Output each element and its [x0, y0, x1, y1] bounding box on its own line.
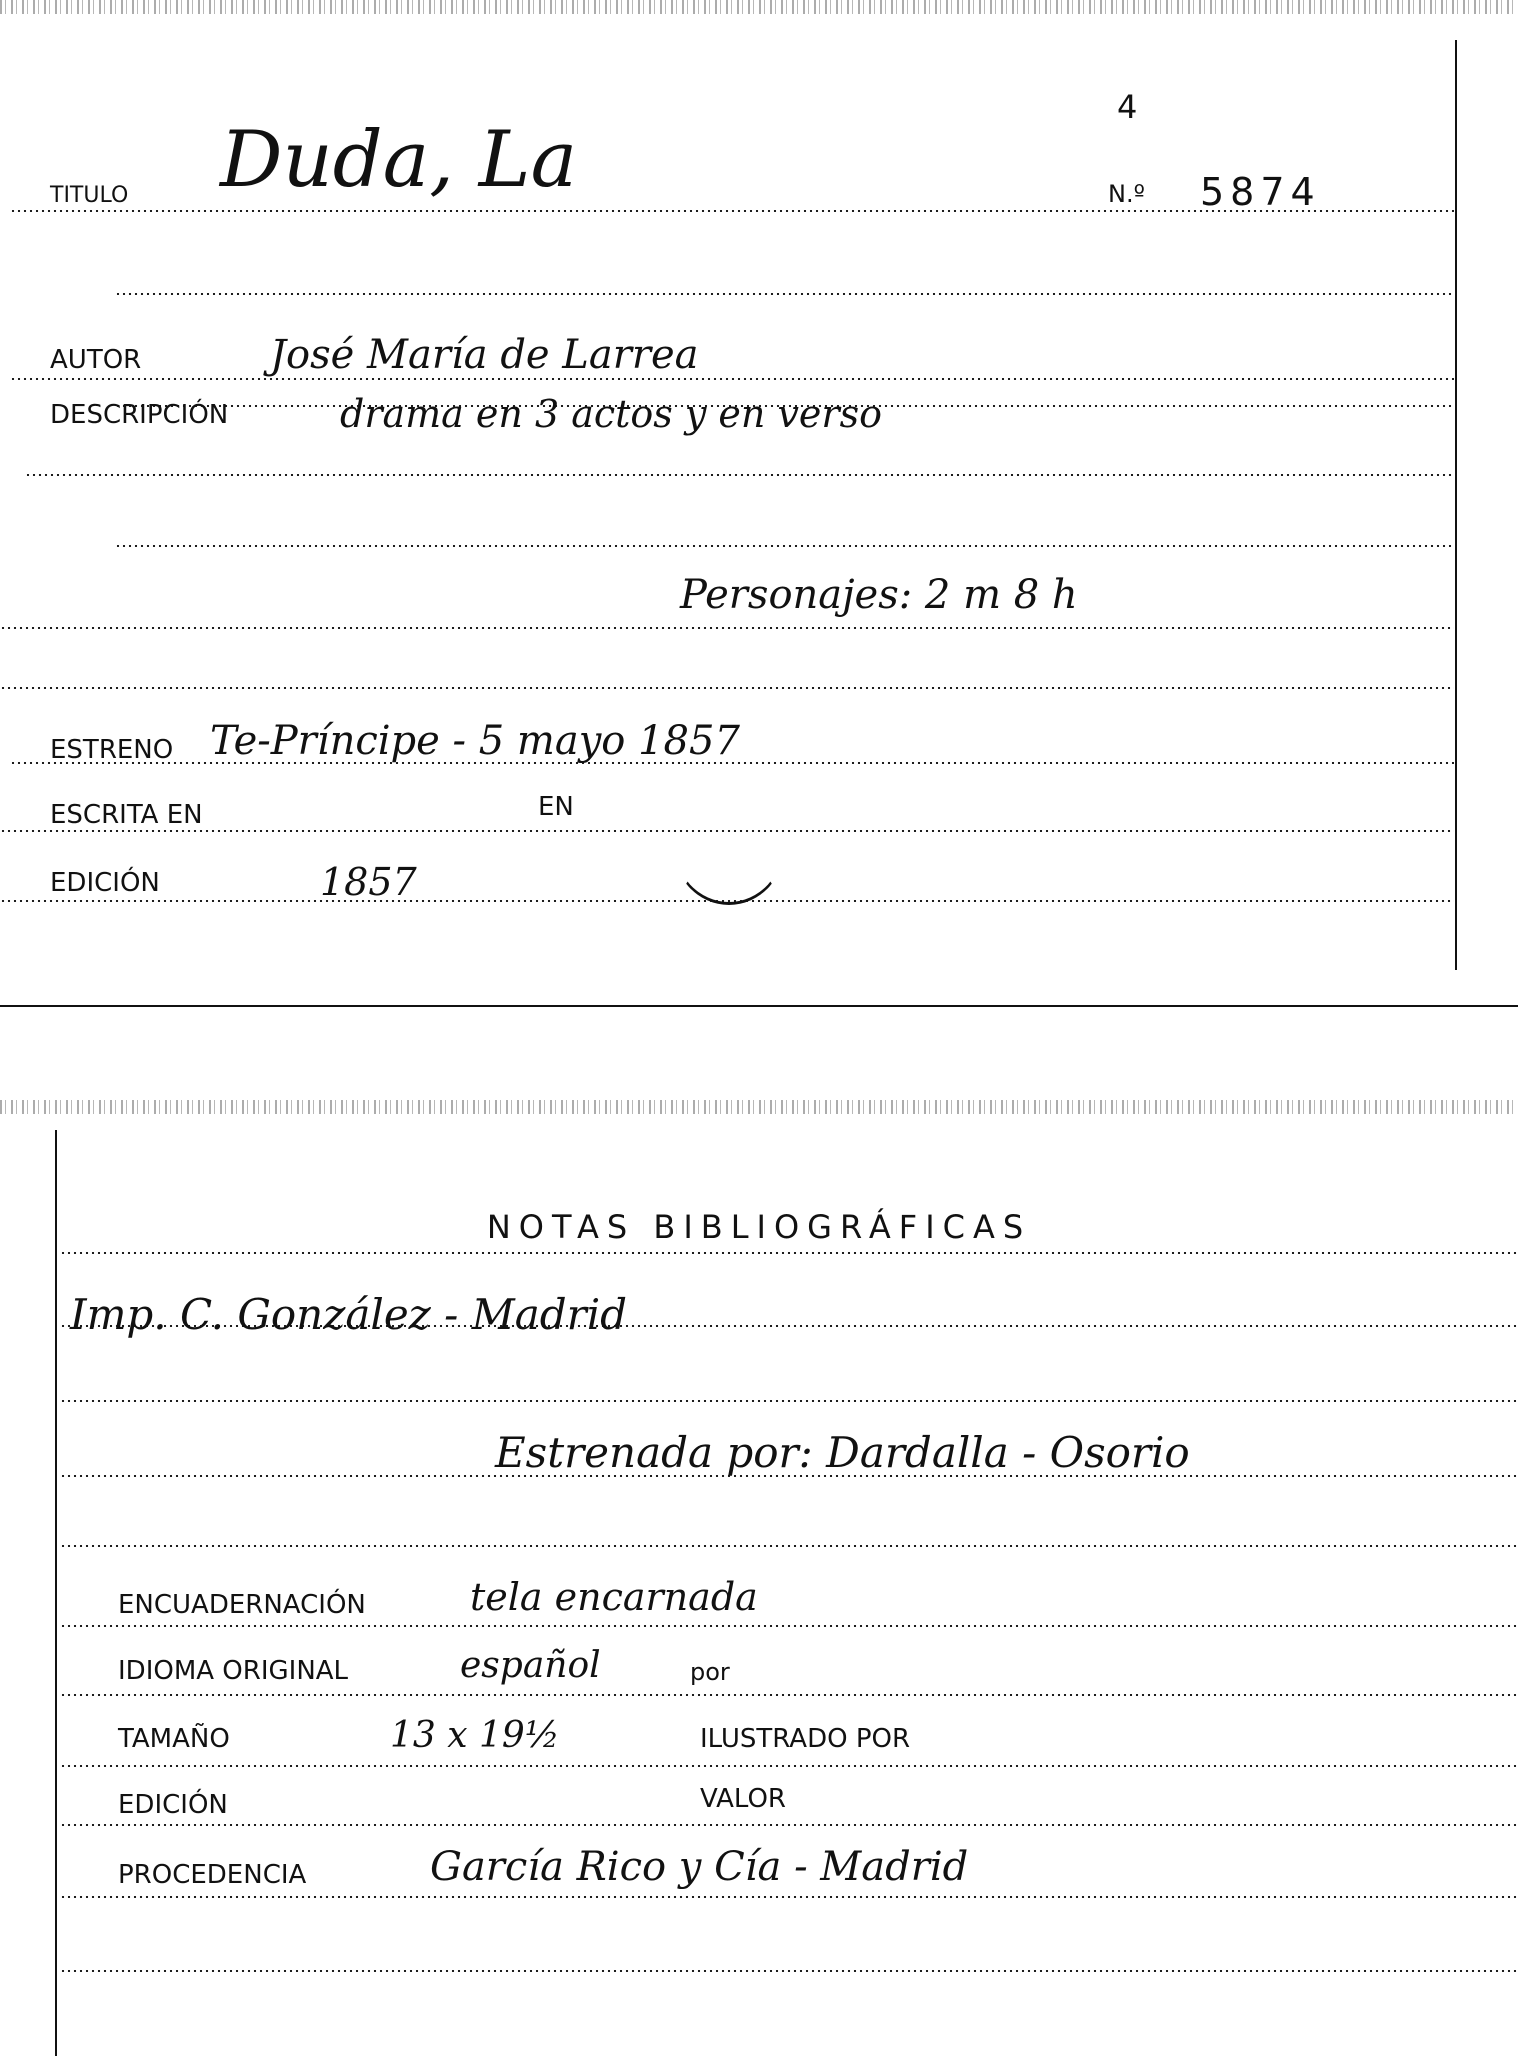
tamano-value: 13 x 19½ — [390, 1715, 560, 1756]
notes-line — [60, 1400, 1518, 1402]
scan-noise-top — [0, 1100, 1518, 1114]
autor-value: José María de Larrea — [270, 332, 698, 378]
estreno-line — [10, 762, 1454, 764]
titulo-value: Duda, La — [220, 115, 577, 205]
catalog-card-main: TITULO Duda, La 4 N.º 5874 AUTOR José Ma… — [0, 0, 1518, 1010]
en-label: EN — [538, 792, 574, 822]
por-label: por — [690, 1658, 730, 1686]
scan-noise-top — [0, 0, 1518, 14]
notes-line — [60, 1475, 1518, 1477]
personajes-value: Personajes: 2 m 8 h — [680, 572, 1078, 618]
idioma-line — [60, 1694, 1518, 1696]
descripcion-value: drama en 3 actos y en verso — [340, 392, 882, 436]
autor-label: AUTOR — [50, 345, 141, 375]
blank-line — [115, 545, 1454, 547]
escrita-en-label: ESCRITA EN — [50, 800, 203, 830]
card-bottom-border — [0, 1005, 1518, 1007]
autor-line — [10, 378, 1454, 380]
numero-value: 5874 — [1200, 170, 1321, 214]
card-right-border — [1455, 40, 1457, 970]
tamano-label: TAMAÑO — [118, 1724, 230, 1754]
notes-line — [60, 1545, 1518, 1547]
numero-label: N.º — [1108, 180, 1145, 208]
edicion-value: 1857 — [320, 860, 417, 904]
stamp-mark — [672, 780, 786, 905]
encuadernacion-value: tela encarnada — [470, 1575, 758, 1619]
procedencia-label: PROCEDENCIA — [118, 1860, 306, 1890]
procedencia-value: García Rico y Cía - Madrid — [430, 1844, 968, 1890]
notes-line — [60, 1252, 1518, 1254]
titulo-label: TITULO — [50, 183, 128, 208]
idioma-value: español — [460, 1645, 601, 1686]
blank-line — [60, 1970, 1518, 1972]
ilustrado-label: ILUSTRADO POR — [700, 1724, 910, 1754]
tamano-line — [60, 1765, 1518, 1767]
card-left-border — [55, 1130, 57, 2056]
blank-line — [0, 687, 1454, 689]
notes-line1-value: Imp. C. González - Madrid — [70, 1290, 627, 1339]
encuadernacion-label: ENCUADERNACIÓN — [118, 1590, 366, 1620]
personajes-line — [0, 627, 1454, 629]
edicion2-line — [60, 1824, 1518, 1826]
numero-superscript: 4 — [1117, 88, 1143, 126]
idioma-label: IDIOMA ORIGINAL — [118, 1656, 348, 1686]
edicion-label: EDICIÓN — [50, 868, 160, 898]
procedencia-line — [60, 1896, 1518, 1898]
notes-line2-value: Estrenada por: Dardalla - Osorio — [495, 1428, 1190, 1477]
encuadernacion-line — [60, 1625, 1518, 1627]
descripcion-line — [115, 405, 1454, 407]
blank-line — [115, 293, 1454, 295]
notas-heading: NOTAS BIBLIOGRÁFICAS — [0, 1208, 1518, 1246]
notes-line — [60, 1325, 1518, 1327]
blank-line — [25, 474, 1454, 476]
edicion2-label: EDICIÓN — [118, 1790, 228, 1820]
titulo-line — [10, 210, 1454, 212]
valor-label: VALOR — [700, 1784, 786, 1814]
estreno-value: Te-Príncipe - 5 mayo 1857 — [210, 718, 740, 764]
catalog-card-notes: NOTAS BIBLIOGRÁFICAS Imp. C. González - … — [0, 1100, 1518, 2056]
estreno-label: ESTRENO — [50, 735, 173, 765]
